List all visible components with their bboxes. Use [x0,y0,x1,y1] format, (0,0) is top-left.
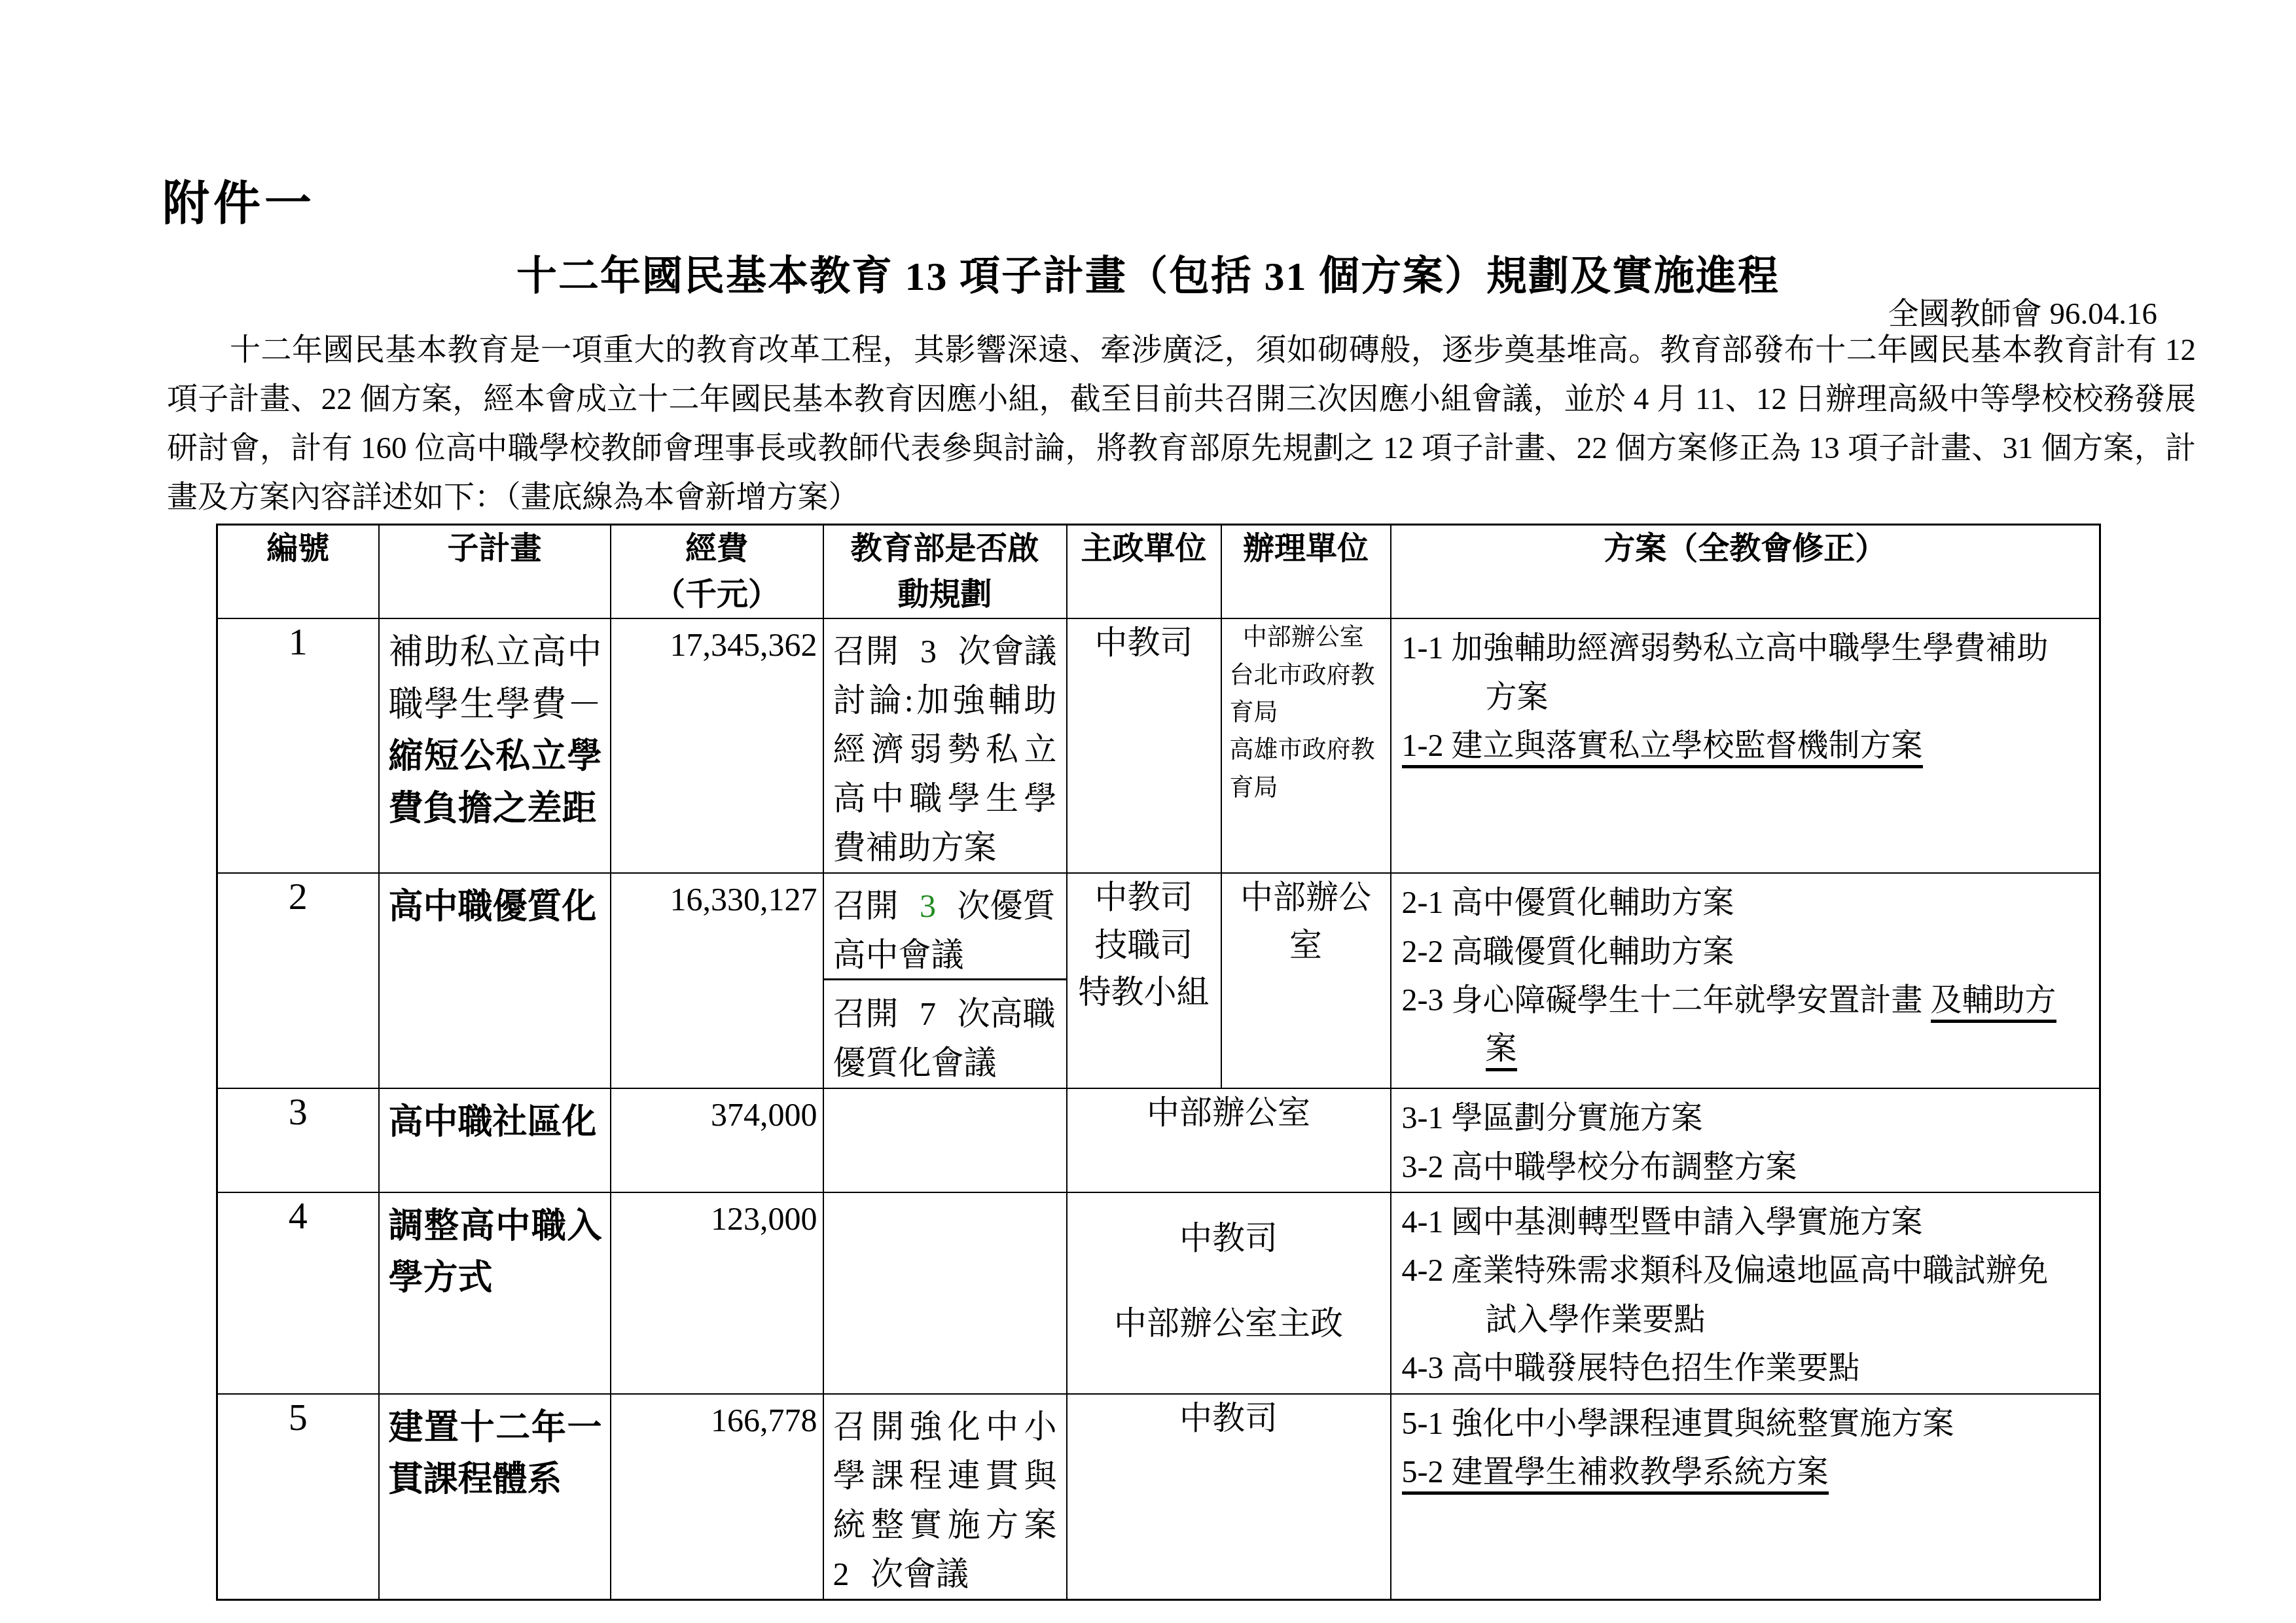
row4-programs: 4-1 國中基測轉型暨申請入學實施方案 4-2 產業特殊需求類科及偏遠地區高中職… [1391,1192,2100,1394]
row4-program-1: 4-1 國中基測轉型暨申請入學實施方案 [1402,1198,2076,1247]
row3-program-1: 3-1 學區劃分實施方案 [1402,1094,2076,1143]
row4-number: 4 [217,1192,379,1394]
header-row: 編號 子計畫 經費 （千元） 教育部是否啟 動規劃 主政單位 辦理單位 方案（全… [217,525,2100,619]
row5-budget: 166,778 [611,1394,823,1600]
underlined-text: 1-2 建立與落實私立學校監督機制方案 [1402,728,1923,768]
document-page: 附件一 十二年國民基本教育 13 項子計畫（包括 31 個方案）規劃及實施進程 … [0,0,2296,1623]
header-cell-programs: 方案（全教會修正） [1391,525,2100,619]
row3-merged-unit: 中部辦公室 [1067,1088,1391,1192]
row4-budget: 123,000 [611,1192,823,1394]
row2-planning: 召開 3 次優質高中會議 召開 7 次高職優質化會議 [823,873,1067,1088]
row5-subplan-bold: 建置十二年一貫課程體系 [389,1409,602,1499]
row3-budget: 374,000 [611,1088,823,1192]
row2-program-3: 2-3 身心障礙學生十二年就學安置計畫 及輔助方案 [1402,976,2076,1074]
row1-lead-unit: 中教司 [1067,618,1221,873]
row1-subplan: 補助私立高中職學生學費－縮短公私立學費負擔之差距 [379,618,611,873]
header-cell-budget: 經費 （千元） [611,525,823,619]
row2-number: 2 [217,873,379,1088]
header-cell-number: 編號 [217,525,379,619]
header-cell-subplan: 子計畫 [379,525,611,619]
row1-program-1: 1-1 加強輔助經濟弱勢私立高中職學生學費補助方案 [1402,624,2076,722]
row2-subplan-bold: 高中職優質化 [389,888,597,926]
row2-budget: 16,330,127 [611,873,823,1088]
row3-programs: 3-1 學區劃分實施方案 3-2 高中職學校分布調整方案 [1391,1088,2100,1192]
row3-subplan: 高中職社區化 [379,1088,611,1192]
plans-table: 編號 子計畫 經費 （千元） 教育部是否啟 動規劃 主政單位 辦理單位 方案（全… [216,524,2101,1601]
header-cell-lead-unit: 主政單位 [1067,525,1221,619]
underlined-text: 5-2 建置學生補救教學系統方案 [1402,1455,1829,1495]
table-row-2: 2 高中職優質化 16,330,127 召開 3 次優質高中會議 召開 7 次高… [217,873,2100,1088]
row1-planning: 召開 3 次會議討論:加強輔助經濟弱勢私立高中職學生學費補助方案 [823,618,1067,873]
row4-planning [823,1192,1067,1394]
row4-program-3: 4-3 高中職發展特色招生作業要點 [1402,1344,2076,1393]
row2-program-3-plain: 2-3 身心障礙學生十二年就學安置計畫 [1402,983,1931,1018]
row2-subplan: 高中職優質化 [379,873,611,1088]
row5-merged-unit: 中教司 [1067,1394,1391,1600]
intro-paragraph: 十二年國民基本教育是一項重大的教育改革工程，其影響深遠、牽涉廣泛，須如砌磚般，逐… [167,326,2196,522]
row2-planning-top-pre: 召開 [833,887,920,924]
row5-program-2: 5-2 建置學生補救教學系統方案 [1402,1448,2076,1497]
table-row-1: 1 補助私立高中職學生學費－縮短公私立學費負擔之差距 17,345,362 召開… [217,618,2100,873]
row4-program-2: 4-2 產業特殊需求類科及偏遠地區高中職試辦免試入學作業要點 [1402,1247,2076,1344]
row4-merged-unit: 中教司 中部辦公室主政 [1067,1192,1391,1394]
row2-planning-bottom: 召開 7 次高職優質化會議 [824,980,1066,1088]
row4-lead-unit: 中教司 [1179,1212,1278,1259]
row5-programs: 5-1 強化中小學課程連貫與統整實施方案 5-2 建置學生補救教學系統方案 [1391,1394,2100,1600]
row2-program-2: 2-2 高職優質化輔助方案 [1402,928,2076,976]
row1-budget: 17,345,362 [611,618,823,873]
header-cell-handle-unit: 辦理單位 [1221,525,1391,619]
row5-subplan: 建置十二年一貫課程體系 [379,1394,611,1600]
header-cell-planning: 教育部是否啟 動規劃 [823,525,1067,619]
row5-program-1: 5-1 強化中小學課程連貫與統整實施方案 [1402,1400,2076,1448]
row2-program-1: 2-1 高中優質化輔助方案 [1402,879,2076,927]
row3-planning [823,1088,1067,1192]
row4-handle-unit: 中部辦公室主政 [1114,1297,1343,1344]
row2-planning-top: 召開 3 次優質高中會議 [824,874,1066,980]
row3-subplan-bold: 高中職社區化 [389,1103,597,1141]
attachment-label: 附件一 [162,165,315,233]
row4-subplan-bold: 調整高中職入學方式 [389,1207,602,1298]
row1-program-2: 1-2 建立與落實私立學校監督機制方案 [1402,722,2076,770]
row1-subplan-bold: 縮短公私立學費負擔之差距 [389,738,602,828]
row4-subplan: 調整高中職入學方式 [379,1192,611,1394]
table-row-5: 5 建置十二年一貫課程體系 166,778 召開強化中小學課程連貫與統整實施方案… [217,1394,2100,1600]
meeting-count-green: 3 [920,887,936,924]
row5-number: 5 [217,1394,379,1600]
row1-programs: 1-1 加強輔助經濟弱勢私立高中職學生學費補助方案 1-2 建立與落實私立學校監… [1391,618,2100,873]
row2-lead-unit: 中教司 技職司 特教小組 [1067,873,1221,1088]
row1-handle-unit: 中部辦公室 台北市政府教育局 高雄市政府教育局 [1221,618,1391,873]
table-row-3: 3 高中職社區化 374,000 中部辦公室 3-1 學區劃分實施方案 3-2 … [217,1088,2100,1192]
row2-programs: 2-1 高中優質化輔助方案 2-2 高職優質化輔助方案 2-3 身心障礙學生十二… [1391,873,2100,1088]
row2-handle-unit: 中部辦公室 [1221,873,1391,1088]
row5-planning: 召開強化中小學課程連貫與統整實施方案 2 次會議 [823,1394,1067,1600]
row3-number: 3 [217,1088,379,1192]
row3-program-2: 3-2 高中職學校分布調整方案 [1402,1143,2076,1192]
table-row-4: 4 調整高中職入學方式 123,000 中教司 中部辦公室主政 4-1 國中基測… [217,1192,2100,1394]
row1-number: 1 [217,618,379,873]
row1-subplan-plain: 補助私立高中職學生學費－ [389,633,602,724]
